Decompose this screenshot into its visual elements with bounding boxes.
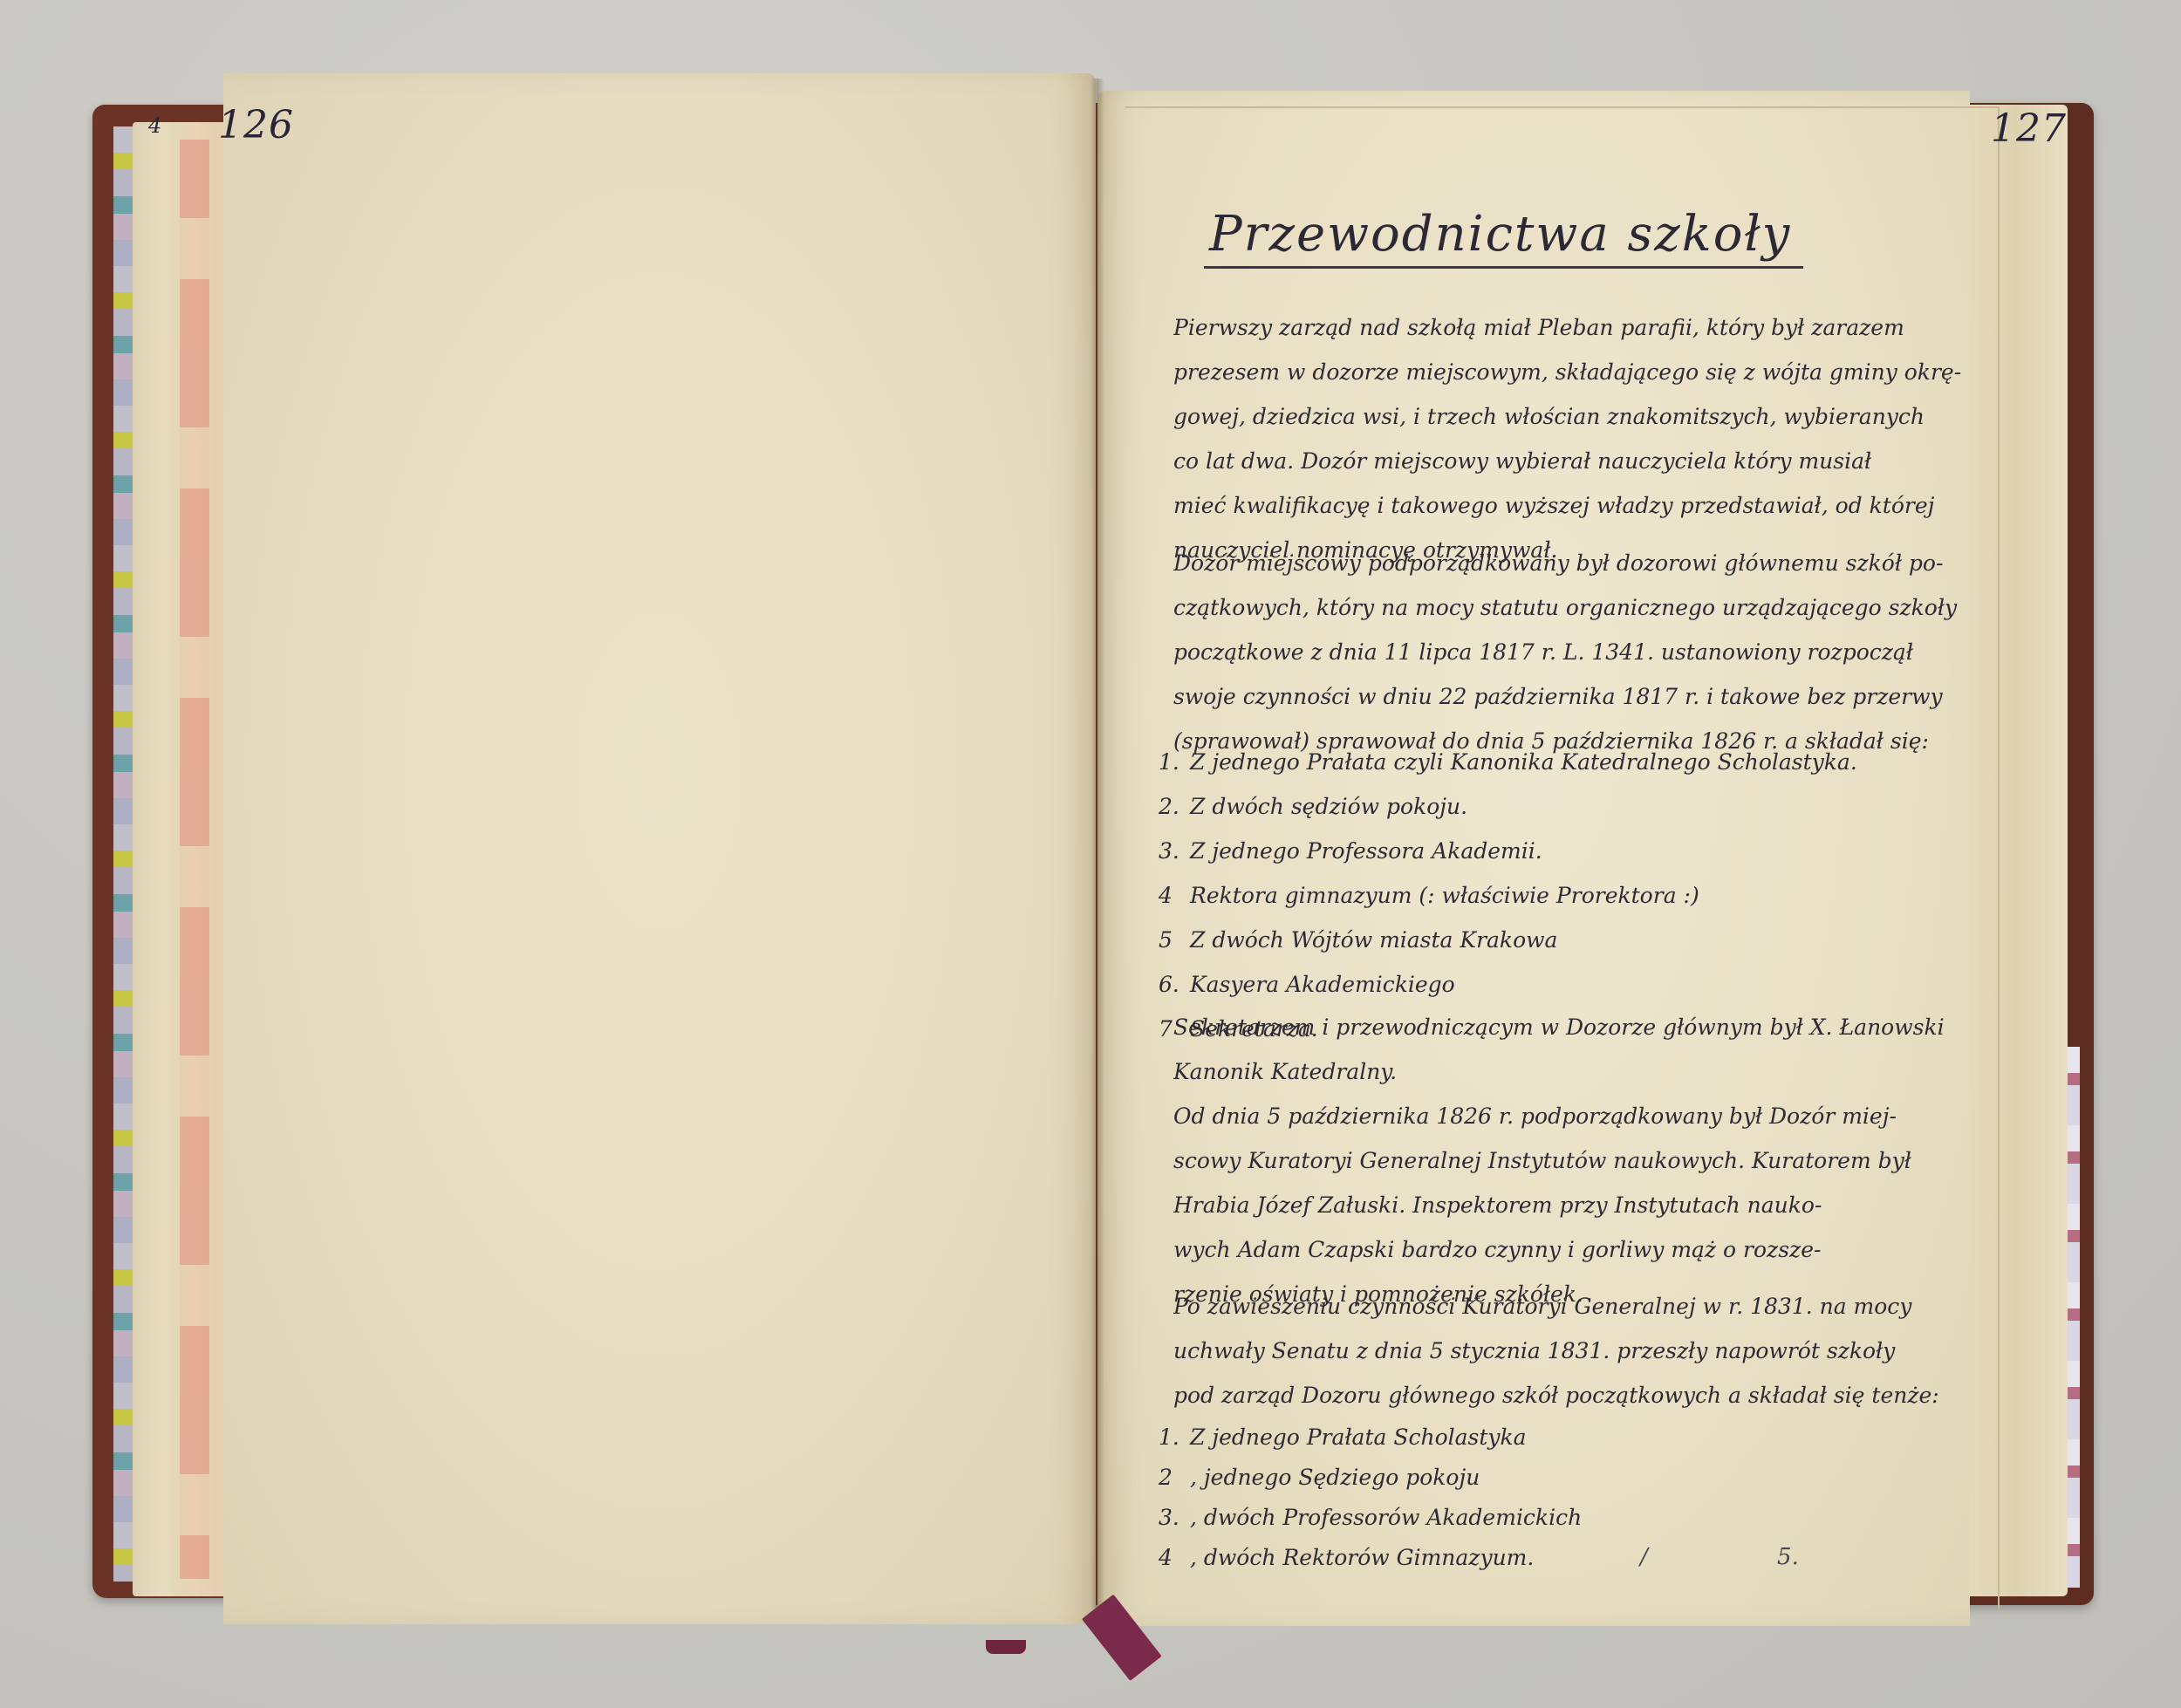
list-item: 1.Z jednego Prałata Scholastyka	[1159, 1418, 1961, 1458]
text-line: prezesem w dozorze miejscowym, składając…	[1173, 350, 1976, 394]
list-item: 2.Z dwóch sędziów pokoju.	[1159, 784, 1961, 829]
list-item: 6.Kasyera Akademickiego	[1159, 962, 1961, 1007]
text-line: czątkowych, który na mocy statutu organi…	[1173, 585, 1976, 630]
list-item: 3., dwóch Professorów Akademickich	[1159, 1498, 1961, 1538]
text-line: Sekretarzem i przewodniczącym w Dozorze …	[1173, 1005, 1976, 1049]
text-line: gowej, dziedzica wsi, i trzech włościan …	[1173, 394, 1976, 439]
footer-marks: / 5.	[1640, 1544, 1921, 1570]
page-number-right: 127	[1991, 106, 2067, 151]
marbled-endpaper-right	[2068, 1047, 2080, 1588]
text-line: Po zawieszeniu czynności Kuratoryi Gener…	[1173, 1284, 1976, 1329]
text-line: co lat dwa. Dozór miejscowy wybierał nau…	[1173, 439, 1976, 483]
page-stack-right	[1963, 105, 2068, 1596]
list-item: 2, jednego Sędziego pokoju	[1159, 1458, 1961, 1498]
text-line: Dozór miejscowy podporządkowany był dozo…	[1173, 541, 1976, 585]
bookmark-ribbon[interactable]	[986, 1640, 1026, 1654]
list-item: 4Rektora gimnazyum (: właściwie Prorekto…	[1159, 873, 1961, 918]
text-line: pod zarząd Dozoru głównego szkół początk…	[1173, 1373, 1976, 1418]
text-line: Kanonik Katedralny.	[1173, 1049, 1976, 1094]
list-item: 1.Z jednego Prałata czyli Kanonika Kated…	[1159, 740, 1961, 784]
red-page-edge	[180, 140, 209, 1579]
text-line: uchwały Senatu z dnia 5 stycznia 1831. p…	[1173, 1329, 1976, 1373]
text-line: Od dnia 5 października 1826 r. podporząd…	[1173, 1094, 1976, 1138]
page-number-left: 126	[218, 103, 294, 147]
edge-mark: 4	[148, 113, 162, 138]
list-item: 3.Z jednego Professora Akademii.	[1159, 829, 1961, 873]
left-page	[223, 73, 1096, 1624]
page-stack-left	[133, 122, 229, 1596]
paragraph-2: Dozór miejscowy podporządkowany był dozo…	[1173, 541, 1976, 763]
text-line: Hrabia Józef Załuski. Inspektorem przy I…	[1173, 1183, 1976, 1227]
paragraph-5: Po zawieszeniu czynności Kuratoryi Gener…	[1173, 1284, 1976, 1418]
footer-mark: /	[1640, 1544, 1648, 1570]
paragraph-1: Pierwszy zarząd nad szkołą miał Pleban p…	[1173, 305, 1976, 572]
list-item: 5Z dwóch Wójtów miasta Krakowa	[1159, 918, 1961, 962]
text-line: Pierwszy zarząd nad szkołą miał Pleban p…	[1173, 305, 1976, 350]
page-title: Przewodnictwa szkoły	[1204, 206, 1803, 269]
text-line: wych Adam Czapski bardzo czynny i gorliw…	[1173, 1227, 1976, 1272]
footer-mark: 5.	[1777, 1544, 1799, 1570]
book-gutter	[1090, 79, 1104, 1631]
text-line: scowy Kuratoryi Generalnej Instytutów na…	[1173, 1138, 1976, 1183]
text-line: początkowe z dnia 11 lipca 1817 r. L. 13…	[1173, 630, 1976, 674]
paragraph-3-4: Sekretarzem i przewodniczącym w Dozorze …	[1173, 1005, 1976, 1316]
text-line: swoje czynności w dniu 22 października 1…	[1173, 674, 1976, 719]
text-line: mieć kwalifikacyę i takowego wyższej wła…	[1173, 483, 1976, 528]
